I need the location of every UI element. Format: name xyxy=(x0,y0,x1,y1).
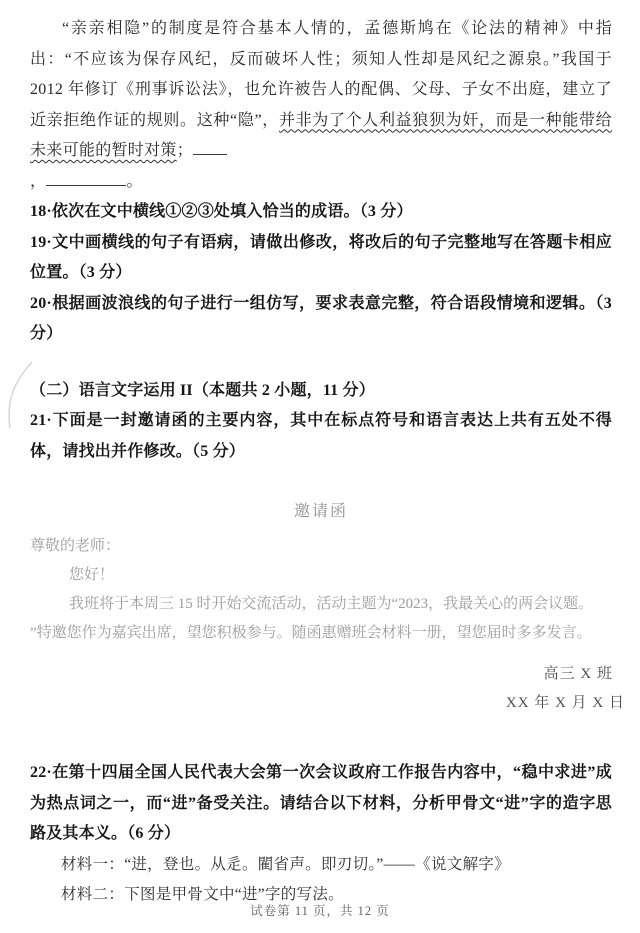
question-21: 21·下面是一封邀请函的主要内容，其中在标点符号和语言表达上共有五处不得体，请找… xyxy=(30,406,612,467)
letter-body-line-2: ”特邀您作为嘉宾出席，望您积极参与。随函惠赠班会材料一册，望您届时多多发言。 xyxy=(30,619,612,648)
letter-signature-class: 高三 X 班 xyxy=(30,660,613,689)
question-20: 20·根据画波浪线的句子进行一组仿写，要求表意完整，符合语段情境和逻辑。（3 分… xyxy=(30,289,612,350)
question-18: 18·依次在文中横线①②③处填入恰当的成语。（3 分） xyxy=(30,197,612,228)
intro-paragraph: “亲亲相隐”的制度是符合基本人情的，孟德斯鸠在《论法的精神》中指出：“不应该为保… xyxy=(30,14,612,197)
letter-body-line-1: 我班将于本周三 15 时开始交流活动，活动主题为“2023，我最关心的两会议题。 xyxy=(30,590,612,619)
letter-title: 邀请函 xyxy=(30,497,612,526)
letter-signature-date: XX 年 X 月 X 日 xyxy=(30,689,625,718)
blank-line-period: 。 xyxy=(126,173,142,190)
letter-greeting: 您好！ xyxy=(30,561,612,590)
section-heading: （二）语言文字运用 II（本题共 2 小题，11 分） xyxy=(30,376,612,407)
letter-signature: 高三 X 班 XX 年 X 月 X 日 xyxy=(30,660,625,718)
question-19: 19·文中画横线的句子有语病，请做出修改，将改后的句子完整地写在答题卡相应位置。… xyxy=(30,228,612,289)
exam-paper-page: “亲亲相隐”的制度是符合基本人情的，孟德斯鸠在《论法的精神》中指出：“不应该为保… xyxy=(0,0,640,933)
fill-blank-line-1 xyxy=(193,140,227,155)
material-1: 材料一：“进，登也。从辵。閵省声。即刃切。”——《说文解字》 xyxy=(30,850,612,880)
letter-salutation: 尊敬的老师： xyxy=(30,532,612,561)
page-footer: 试卷第 11 页，共 12 页 xyxy=(0,901,640,919)
question-22: 22·在第十四届全国人民代表大会第一次会议政府工作报告内容中，“稳中求进”成为热… xyxy=(30,758,612,850)
intro-semicolon: ； xyxy=(177,142,193,159)
invitation-letter: 邀请函 尊敬的老师： 您好！ 我班将于本周三 15 时开始交流活动，活动主题为“… xyxy=(30,497,612,718)
fill-blank-line-2 xyxy=(46,171,126,186)
page-content: “亲亲相隐”的制度是符合基本人情的，孟德斯鸠在《论法的精神》中指出：“不应该为保… xyxy=(0,0,640,910)
blank-line-comma: ， xyxy=(30,173,46,190)
